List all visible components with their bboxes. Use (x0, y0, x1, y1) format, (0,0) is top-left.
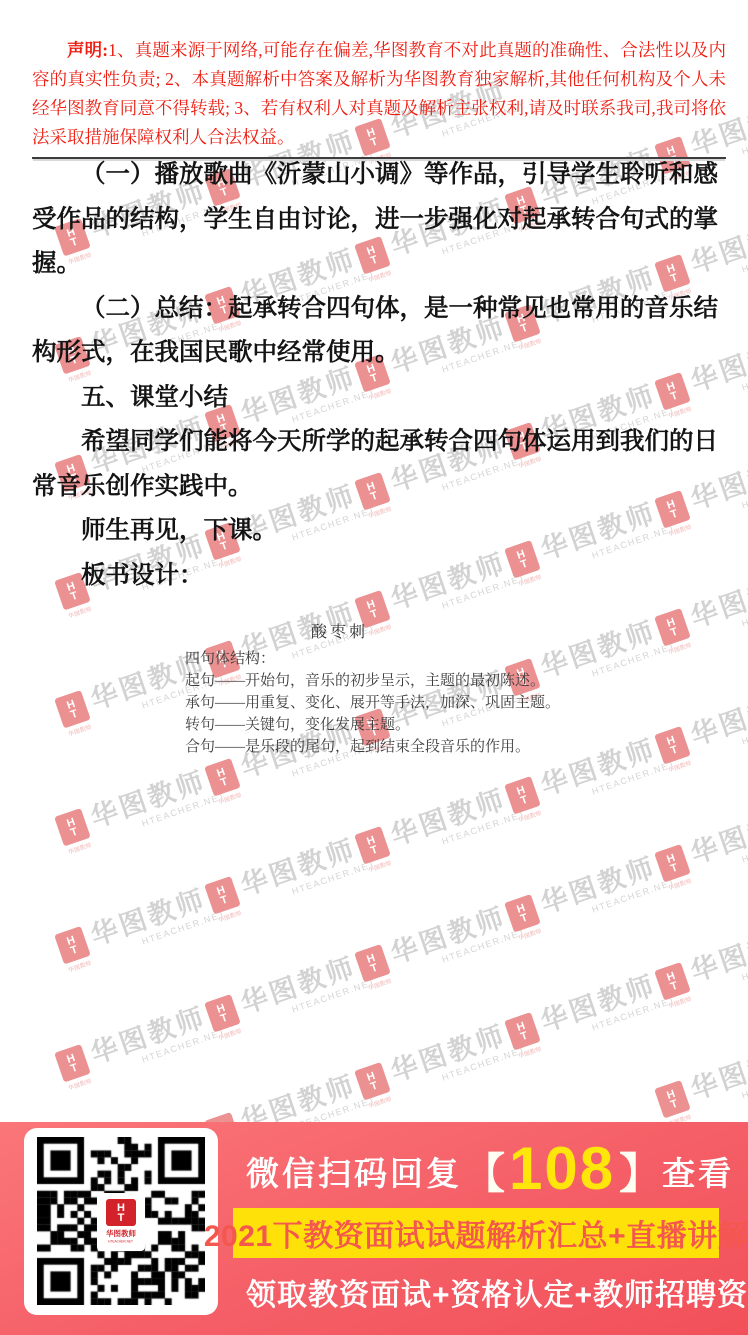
watermark-subtext: HTEACHER.NET (741, 354, 748, 392)
watermark: HT华图教师华图教师HTEACHER.NET (502, 959, 681, 1069)
watermark-text: 华图教师 (685, 673, 748, 754)
watermark-subtext: HTEACHER.NET (141, 790, 227, 828)
watermark-subtext: HTEACHER.NET (291, 1094, 377, 1122)
watermark-subtext: HTEACHER.NET (741, 590, 748, 628)
qr-card: H T 华图教师 HTEACHER.NET (24, 1128, 218, 1315)
watermark-logo-icon: HT华图教师 (54, 1044, 94, 1093)
paragraph-4: 师生再见，下课。 (32, 509, 718, 554)
paragraph-3: 希望同学们能将今天所学的起承转合四句体运用到我们的日常音乐创作实践中。 (32, 420, 718, 509)
watermark: HT华图教师华图教师HTEACHER.NET (202, 1059, 381, 1122)
watermark-logo-icon: HT华图教师 (504, 776, 544, 825)
blackboard-design: 酸枣刺 四句体结构： 起句——开始句，音乐的初步呈示，主题的最初陈述。 承句——… (185, 622, 635, 758)
banner-highlight-box: 2021下教资面试试题解析汇总+直播讲解 (233, 1208, 719, 1258)
watermark-subtext: HTEACHER.NET (741, 708, 748, 746)
watermark: HT华图教师华图教师HTEACHER.NET (52, 755, 231, 865)
board-line-5: 合句——是乐段的尾句，起到结束全段音乐的作用。 (185, 736, 635, 758)
watermark-logo-icon: HT华图教师 (504, 1012, 544, 1061)
watermark-subtext: HTEACHER.NET (291, 858, 377, 896)
watermark-subtext: HTEACHER.NET (591, 994, 677, 1032)
watermark-text: 华图教师 (685, 1027, 748, 1108)
watermark-text: 华图教师 (85, 991, 224, 1072)
watermark-text: 华图教师 (685, 909, 748, 990)
watermark: HT华图教师华图教师HTEACHER.NET (352, 773, 531, 883)
banner-headline: 微信扫码回复 【 108 】 查看 (246, 1134, 734, 1208)
watermark: HT华图教师华图教师HTEACHER.NET (352, 1009, 531, 1119)
banner-headline-suffix: 查看 (662, 1148, 734, 1195)
watermark-logo-icon: HT华图教师 (654, 608, 694, 657)
watermark-logo-icon: HT华图教师 (354, 826, 394, 875)
watermark-text: 华图教师 (85, 755, 224, 836)
banner-footer-line: 领取教资面试+资格认定+教师招聘资料 (246, 1262, 736, 1322)
board-title: 酸枣刺 (185, 622, 635, 644)
watermark: HT华图教师华图教师HTEACHER.NET (652, 1027, 748, 1122)
watermark-subtext: HTEACHER.NET (441, 926, 527, 964)
watermark-text: 华图教师 (235, 1059, 374, 1122)
watermark: HT华图教师华图教师HTEACHER.NET (352, 891, 531, 1001)
qr-logo-caption: 华图教师 (106, 1228, 136, 1239)
board-line-4: 转句——关键句，变化发展主题。 (185, 714, 635, 736)
board-line-3: 承句——用重复、变化、展开等手法，加深、巩固主题。 (185, 692, 635, 714)
board-line-2: 起句——开始句，音乐的初步呈示，主题的最初陈述。 (185, 670, 635, 692)
watermark-text: 华图教师 (685, 791, 748, 872)
watermark-subtext: HTEACHER.NET (741, 826, 748, 864)
watermark-subtext: HTEACHER.NET (441, 808, 527, 846)
watermark-logo-icon: HT华图教师 (654, 1080, 694, 1122)
board-line-1: 四句体结构： (185, 648, 635, 670)
huatu-logo-icon: H T (106, 1199, 136, 1226)
watermark-subtext: HTEACHER.NET (141, 1026, 227, 1064)
watermark-logo-icon: HT华图教师 (654, 726, 694, 775)
banner-reply-code: 108 (509, 1134, 615, 1203)
watermark-logo-icon: HT华图教师 (54, 808, 94, 857)
watermark-subtext: HTEACHER.NET (291, 976, 377, 1014)
watermark-logo-icon: HT华图教师 (204, 994, 244, 1043)
document-page: HT华图教师华图教师HTEACHER.NETHT华图教师华图教师HTEACHER… (0, 0, 748, 1335)
watermark-subtext: HTEACHER.NET (741, 1062, 748, 1100)
watermark-text: 华图教师 (235, 823, 374, 904)
watermark-logo-icon: HT华图教师 (354, 1062, 394, 1111)
disclaimer-label: 声明: (67, 40, 108, 60)
watermark-subtext: HTEACHER.NET (741, 118, 748, 156)
watermark: HT华图教师华图教师HTEACHER.NET (52, 873, 231, 983)
watermark-subtext: HTEACHER.NET (441, 1044, 527, 1082)
banner-bracket-open: 【 (463, 1141, 505, 1201)
section-heading-summary: 五、课堂小结 (32, 376, 718, 421)
paragraph-1: （一）播放歌曲《沂蒙山小调》等作品，引导学生聆听和感受作品的结构，学生自由讨论，… (32, 153, 718, 287)
watermark: HT华图教师华图教师HTEACHER.NET (502, 841, 681, 951)
watermark-logo-icon: HT华图教师 (54, 690, 94, 739)
watermark-text: 华图教师 (235, 941, 374, 1022)
watermark-text: 华图教师 (85, 873, 224, 954)
watermark-text: 华图教师 (385, 1009, 524, 1090)
watermark: HT华图教师华图教师HTEACHER.NET (652, 673, 748, 783)
watermark-subtext: HTEACHER.NET (741, 472, 748, 510)
qr-logo-subcaption: HTEACHER.NET (109, 1240, 134, 1244)
huatu-logo-letter-bottom: T (118, 1213, 125, 1223)
watermark-text: 华图教师 (535, 959, 674, 1040)
watermark: HT华图教师华图教师HTEACHER.NET (202, 941, 381, 1051)
qr-center-logo: H T 华图教师 HTEACHER.NET (97, 1193, 145, 1251)
watermark: HT华图教师华图教师HTEACHER.NET (652, 791, 748, 901)
lesson-body: （一）播放歌曲《沂蒙山小调》等作品，引导学生聆听和感受作品的结构，学生自由讨论，… (32, 153, 718, 598)
watermark: HT华图教师华图教师HTEACHER.NET (652, 909, 748, 1019)
watermark-subtext: HTEACHER.NET (591, 876, 677, 914)
promo-banner: H T 华图教师 HTEACHER.NET 微信扫码回复 【 108 】 查看 … (0, 1122, 748, 1335)
banner-bracket-close: 】 (619, 1141, 661, 1201)
watermark-logo-icon: HT华图教师 (504, 894, 544, 943)
watermark-logo-icon: HT华图教师 (204, 758, 244, 807)
disclaimer-text: 1、真题来源于网络,可能存在偏差,华图教育不对此真题的准确性、合法性以及内容的真… (32, 40, 726, 147)
watermark-logo-icon: HT华图教师 (654, 962, 694, 1011)
section-heading-board-design: 板书设计： (32, 554, 718, 599)
watermark-subtext: HTEACHER.NET (741, 236, 748, 274)
watermark-text: 华图教师 (385, 773, 524, 854)
watermark-text: 华图教师 (385, 891, 524, 972)
disclaimer: 声明:1、真题来源于网络,可能存在偏差,华图教育不对此真题的准确性、合法性以及内… (32, 36, 726, 159)
watermark: HT华图教师华图教师HTEACHER.NET (202, 823, 381, 933)
watermark-logo-icon: HT华图教师 (354, 944, 394, 993)
watermark-logo-icon: HT华图教师 (204, 1112, 244, 1122)
watermark: HT华图教师华图教师HTEACHER.NET (52, 991, 231, 1101)
paragraph-2: （二）总结：起承转合四句体，是一种常见也常用的音乐结构形式，在我国民歌中经常使用… (32, 287, 718, 376)
watermark-text: 华图教师 (535, 841, 674, 922)
banner-headline-prefix: 微信扫码回复 (246, 1148, 462, 1195)
watermark-subtext: HTEACHER.NET (591, 758, 677, 796)
watermark-logo-icon: HT华图教师 (654, 844, 694, 893)
watermark-subtext: HTEACHER.NET (741, 944, 748, 982)
watermark-logo-icon: HT华图教师 (54, 926, 94, 975)
watermark-subtext: HTEACHER.NET (141, 908, 227, 946)
watermark-logo-icon: HT华图教师 (204, 876, 244, 925)
